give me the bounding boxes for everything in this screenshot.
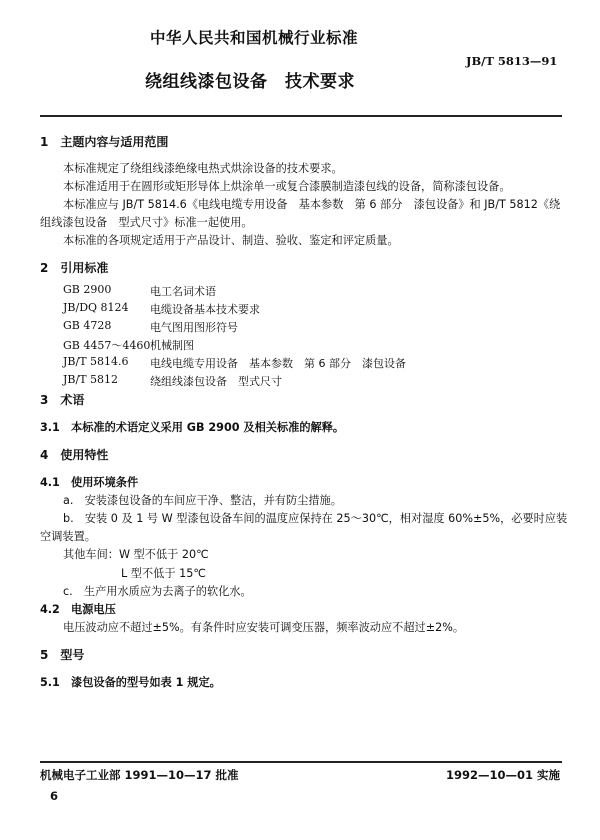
section-5-heading: 5 型号 [40,646,84,663]
other-workshop-w: 其他车间：W 型不低于 20℃ [63,546,209,562]
item-b: b. 安装 0 及 1 号 W 型漆包设备车间的温度应保持在 25～30℃，相对… [63,510,567,526]
section-1-paragraph: 本标准应与 JB/T 5814.6《电线电缆专用设备 基本参数 第 6 部分 漆… [63,196,560,212]
approval-date: 机械电子工业部 1991—10—17 批准 [40,767,239,783]
section-4-heading: 4 使用特性 [40,446,108,463]
effective-date: 1992—10—01 实施 [446,767,560,783]
reference-code: GB 2900 [63,283,111,296]
section-1-paragraph: 本标准适用于在圆形或矩形导体上烘涂单一或复合漆膜制造漆包线的设备，简称漆包设备。 [63,178,511,194]
section-3-heading: 3 术语 [40,391,84,408]
section-2-heading: 2 引用标准 [40,259,108,276]
section-1-paragraph: 本标准规定了绕组线漆绝缘电热式烘涂设备的技术要求。 [63,160,343,176]
clause-4-1: 4.1 使用环境条件 [40,474,138,490]
standard-code: JB/T 5813—91 [466,54,557,68]
item-a: a. 安装漆包设备的车间应干净、整洁，并有防尘措施。 [63,492,342,508]
page-number: 6 [50,789,58,803]
section-1-paragraph: 组线漆包设备 型式尺寸》标准一起使用。 [40,214,253,230]
reference-name: 绕组线漆包设备 型式尺寸 [150,373,282,389]
item-b-continuation: 空调装置。 [40,528,96,544]
clause-5-1: 5.1 漆包设备的型号如表 1 规定。 [40,674,221,690]
footer-rule [40,761,562,763]
reference-code: GB 4457～4460 [63,337,150,353]
reference-name: 机械制图 [150,337,194,353]
reference-name: 电缆设备基本技术要求 [150,301,260,317]
clause-4-2: 4.2 电源电压 [40,601,116,617]
header-rule [40,115,562,117]
reference-name: 电线电缆专用设备 基本参数 第 6 部分 漆包设备 [150,355,406,371]
issuing-organization: 中华人民共和国机械行业标准 [150,26,358,48]
reference-name: 电工名词术语 [150,283,216,299]
document-title: 绕组线漆包设备 技术要求 [145,67,355,92]
clause-3-1: 3.1 本标准的术语定义采用 GB 2900 及相关标准的解释。 [40,419,344,435]
reference-code: GB 4728 [63,319,111,332]
other-workshop-l: L 型不低于 15℃ [121,565,206,581]
section-1-paragraph: 本标准的各项规定适用于产品设计、制造、验收、鉴定和评定质量。 [63,232,399,248]
reference-code: JB/T 5814.6 [63,355,129,368]
reference-name: 电气图用图形符号 [150,319,238,335]
section-1-heading: 1 主题内容与适用范围 [40,133,168,150]
reference-code: JB/DQ 8124 [63,301,129,314]
item-c: c. 生产用水质应为去离子的软化水。 [63,583,252,599]
clause-4-2-text: 电压波动应不超过±5%。有条件时应安装可调变压器，频率波动应不超过±2%。 [63,619,464,635]
reference-code: JB/T 5812 [63,373,118,386]
